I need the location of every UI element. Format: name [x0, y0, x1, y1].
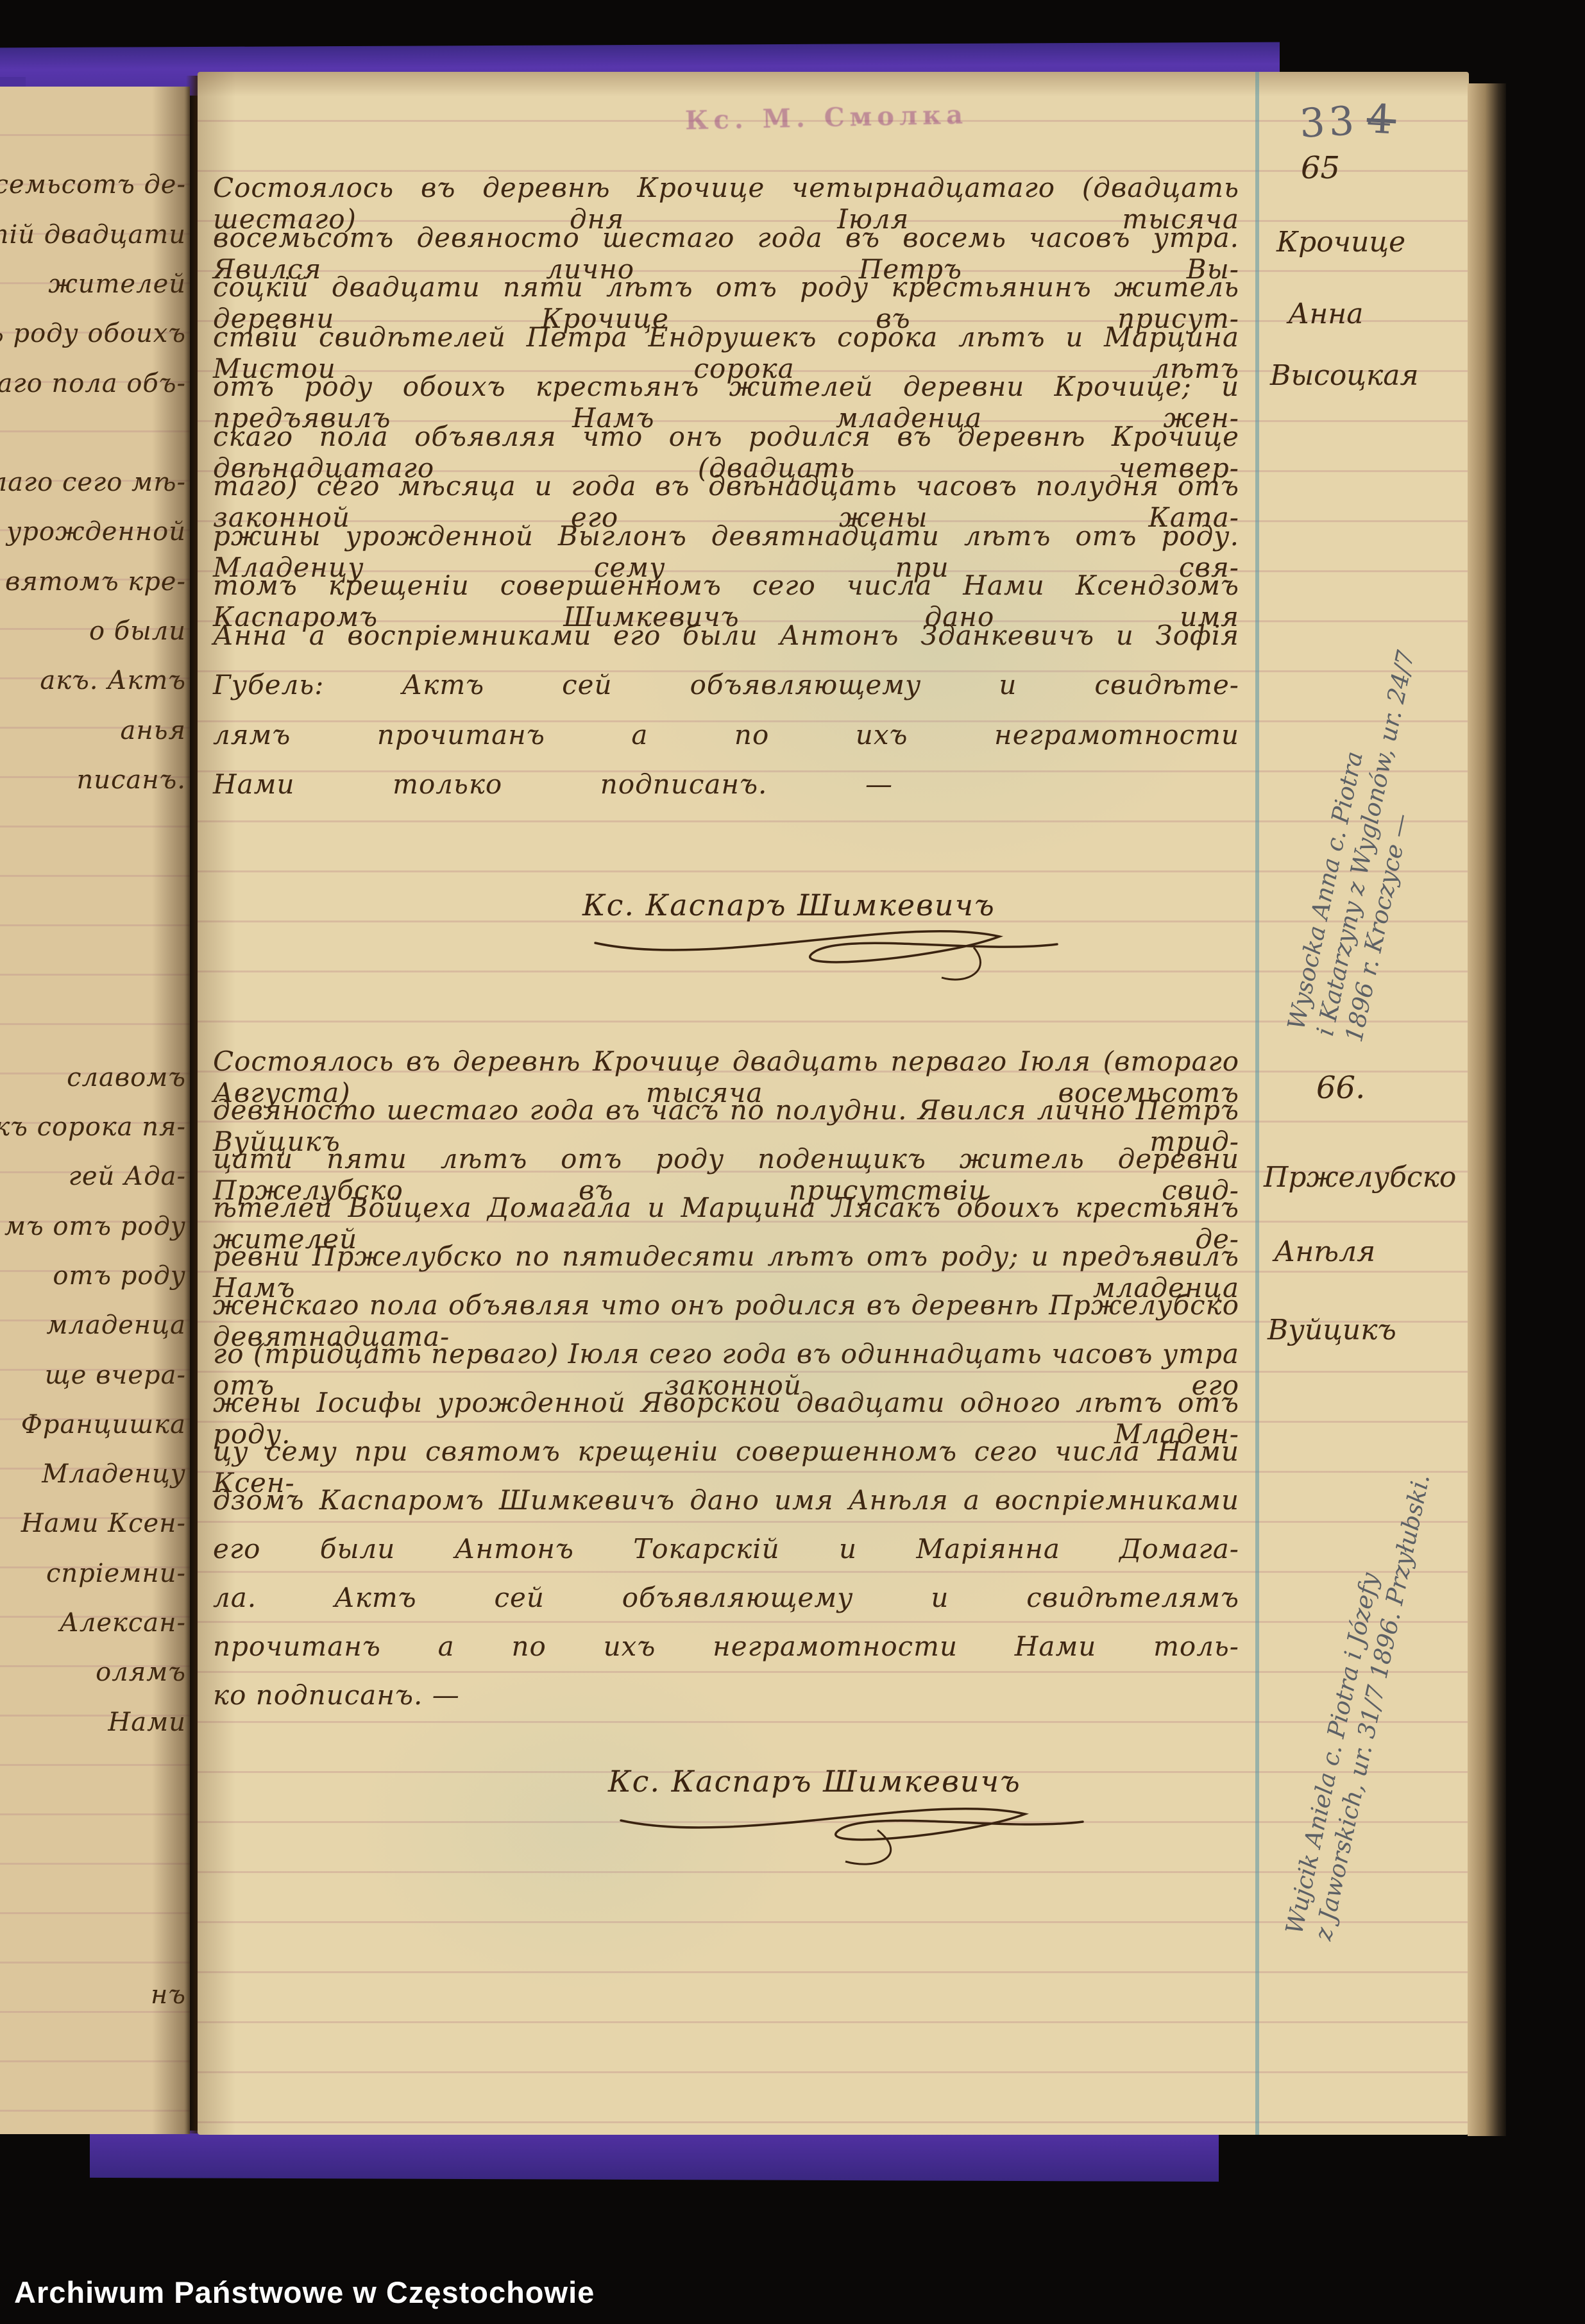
registry-page: Кс. М. Смолка 334 65 Состоялось въ дерев… [198, 72, 1469, 2135]
left-page-fragment: жителей [48, 269, 186, 299]
record-65-line: лямъ прочитанъ а по ихъ неграмотности [213, 719, 1239, 751]
left-page-fragment: Францишка [21, 1410, 186, 1439]
left-page-fragment: олямъ [96, 1658, 186, 1687]
left-page-fragment: Нами Ксен- [21, 1509, 186, 1538]
signature-flourish [608, 1795, 1096, 1872]
left-page-fragment: младенца [46, 1310, 186, 1340]
record-66-margin-surname: Вуйцикъ [1267, 1314, 1396, 1346]
record-66-number: 66. [1316, 1070, 1365, 1106]
left-page-fragment: спріемни- [46, 1559, 186, 1588]
book-cover-purple-bottom [90, 2130, 1219, 2182]
left-page-fragment: лѣтъ отъ роду обоихъ [0, 319, 186, 348]
record-65-pencil-note: Wysocka Anna c. Piotrai Katarzyny z Wygl… [1282, 641, 1450, 1044]
crossed-number: 4 [1366, 95, 1397, 143]
left-page-fragment: анья [121, 716, 186, 745]
record-66-line: его были Антонъ Токарскій и Маріянна Дом… [213, 1533, 1239, 1565]
record-66-line: дзомъ Каспаромъ Шимкевичъ дано имя Анѣля… [213, 1484, 1239, 1516]
page-stack-edge [1468, 83, 1506, 2136]
left-page-fragment: лаго сего мѣ- [0, 468, 186, 497]
left-page-fragment: мъ отъ роду [4, 1212, 186, 1241]
left-page-fragment: нъ [151, 1980, 186, 2010]
left-page-fragment: Нами [108, 1708, 186, 1737]
record-66-line: ко подписанъ. — [213, 1679, 489, 1711]
left-page-fragment: ще вчера- [45, 1361, 186, 1390]
parish-stamp: Кс. М. Смолка [685, 99, 969, 135]
record-66-line: прочитанъ а по ихъ неграмотности Нами то… [213, 1631, 1239, 1662]
record-66-signature: Кс. Каспаръ Шимкевичъ [608, 1764, 1096, 1872]
left-page-fragment: акъ. Актъ [40, 666, 186, 695]
left-page-fragment: вятомъ кре- [5, 567, 186, 597]
left-page-fragment: скъ сорока пя- [0, 1112, 186, 1142]
left-page-fragment: писанъ. [77, 765, 187, 795]
record-65-line: Анна а воспріемниками его были Антонъ Зд… [213, 620, 1239, 651]
record-65-margin-surname: Высоцкая [1270, 359, 1419, 392]
record-65-number: 65 [1301, 150, 1340, 186]
record-66-pencil-note: Wujcik Aniela c. Piotra i Józefyz Jawors… [1280, 1465, 1436, 1943]
left-page-strip: восемьсотъ де-тій двадцатижителейлѣтъ от… [0, 87, 190, 2134]
left-page-fragment: гей Ада- [69, 1162, 186, 1191]
left-page-fragment: о были [89, 616, 186, 646]
page-number-pencil: 334 [1298, 95, 1397, 147]
record-65-line: Губель: Актъ сей объявляющему и свидѣте- [213, 669, 1239, 700]
archival-book-photo: восемьсотъ де-тій двадцатижителейлѣтъ от… [0, 0, 1585, 2324]
blue-margin-rule [1255, 72, 1259, 2135]
left-page-fragment: отъ роду [53, 1261, 186, 1291]
left-page-fragment: урожденной [6, 517, 186, 547]
record-65-line: Нами только подписанъ. — [213, 768, 893, 800]
record-65-signature: Кс. Каспаръ Шимкевичъ [582, 888, 1070, 989]
left-page-fragment: тій двадцати [0, 220, 186, 250]
record-65-signature-text: Кс. Каспаръ Шимкевичъ [582, 888, 996, 922]
left-page-fragment: скаго пола объ- [0, 369, 186, 398]
record-66-signature-text: Кс. Каспаръ Шимкевичъ [608, 1764, 1021, 1799]
signature-flourish [582, 919, 1070, 989]
left-page-fragment: славомъ [67, 1063, 186, 1092]
page-number: 33 [1298, 97, 1359, 147]
left-page-fragment: восемьсотъ де- [0, 170, 186, 199]
left-page-fragment: Алексан- [60, 1608, 186, 1638]
record-66-margin-name: Анѣля [1274, 1235, 1375, 1268]
record-65-margin-name: Анна [1288, 298, 1364, 330]
record-66-line: ла. Актъ сей объявляющему и свидѣтелямъ [213, 1582, 1239, 1613]
left-page-fragment: Младенцу [42, 1459, 186, 1489]
record-65-margin-place: Крочице [1276, 226, 1405, 259]
archive-watermark-caption: Archiwum Państwowe w Częstochowie [14, 2275, 595, 2310]
record-66-margin-place: Пржелубско [1264, 1161, 1456, 1194]
